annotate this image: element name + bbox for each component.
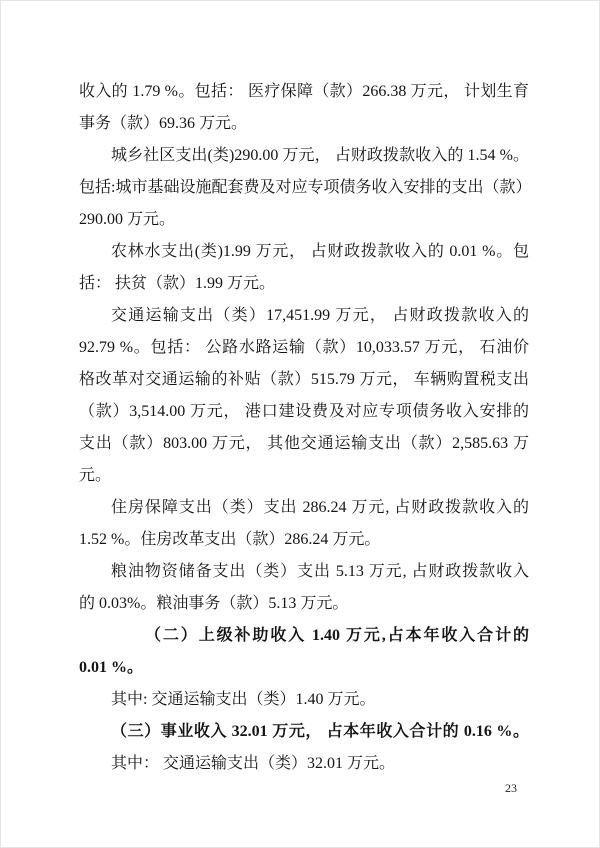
text-line: 事务（款）69.36 万元。 (79, 108, 529, 140)
text-line: 1.52 %。住房改革支出（款）286.24 万元。 (79, 524, 529, 556)
text-line: 住房保障支出（类）支出 286.24 万元, 占财政拨款收入的 (79, 492, 529, 524)
text-line: 农林水支出(类)1.99 万元， 占财政拨款收入的 0.01 %。包 (79, 236, 529, 268)
text-line: 包括:城市基础设施配套费及对应专项债务收入安排的支出（款） (79, 172, 529, 204)
text-line: 格改革对交通运输的补贴（款）515.79 万元， 车辆购置税支出 (79, 364, 529, 396)
text-line: 括： 扶贫（款）1.99 万元。 (79, 268, 529, 300)
section-heading-line: （二）上级补助收入 1.40 万元,占本年收入合计的 (79, 620, 529, 652)
text-line: 92.79 %。包括： 公路水路运输（款）10,033.57 万元， 石油价 (79, 332, 529, 364)
text-line: 支出（款）803.00 万元， 其他交通运输支出（款）2,585.63 万 (79, 428, 529, 460)
section-heading-line: （三）事业收入 32.01 万元， 占本年收入合计的 0.16 %。 (79, 716, 529, 748)
document-page: 收入的 1.79 %。包括： 医疗保障（款）266.38 万元， 计划生育 事务… (0, 0, 600, 848)
text-line: 其中: 交通运输支出（类）1.40 万元。 (79, 684, 529, 716)
text-line: 交通运输支出（类）17,451.99 万元， 占财政拨款收入的 (79, 300, 529, 332)
text-line: 其中： 交通运输支出（类）32.01 万元。 (79, 748, 529, 780)
text-line: 粮油物资储备支出（类）支出 5.13 万元, 占财政拨款收入 (79, 556, 529, 588)
document-body: 收入的 1.79 %。包括： 医疗保障（款）266.38 万元， 计划生育 事务… (79, 76, 529, 780)
section-heading-line: 0.01 %。 (79, 652, 529, 684)
text-line: 的 0.03%。粮油事务（款）5.13 万元。 (79, 588, 529, 620)
page-number: 23 (505, 781, 517, 795)
text-line: 290.00 万元。 (79, 204, 529, 236)
text-line: （款）3,514.00 万元， 港口建设费及对应专项债务收入安排的 (79, 396, 529, 428)
text-line: 收入的 1.79 %。包括： 医疗保障（款）266.38 万元， 计划生育 (79, 76, 529, 108)
text-line: 元。 (79, 460, 529, 492)
text-line: 城乡社区支出(类)290.00 万元， 占财政拨款收入的 1.54 %。 (79, 140, 529, 172)
